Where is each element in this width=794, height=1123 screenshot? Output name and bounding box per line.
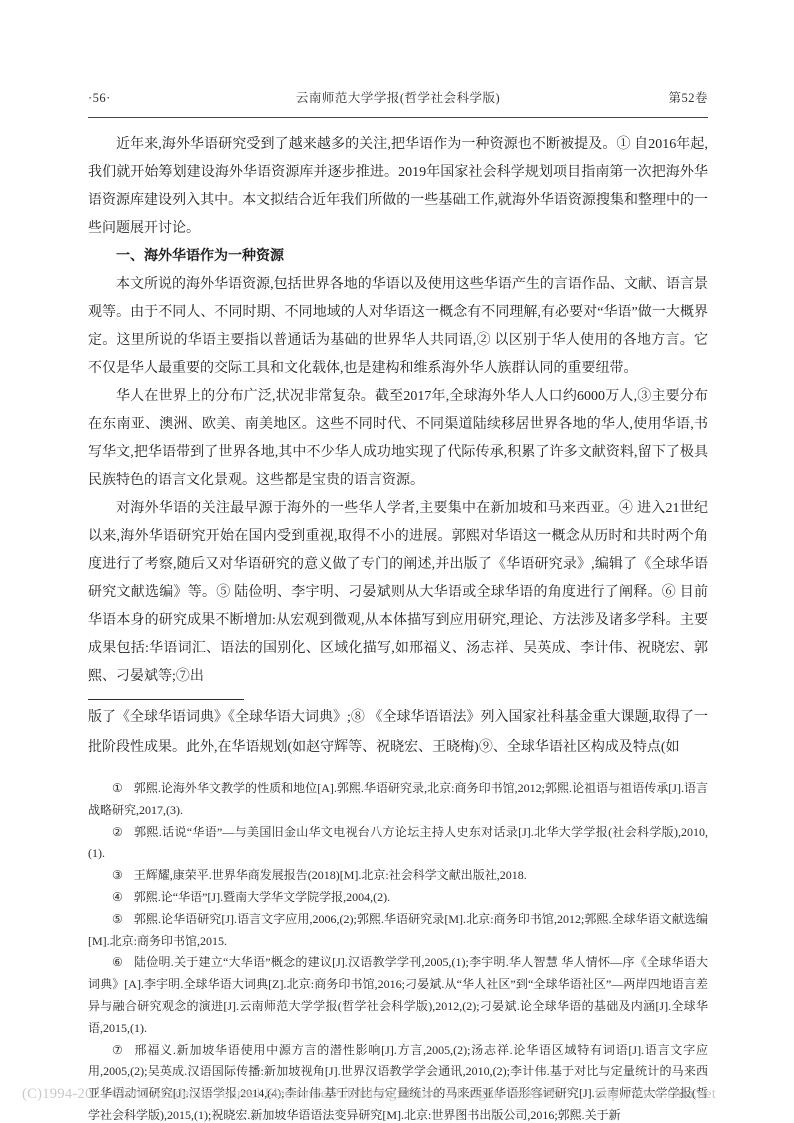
- footnote-item: ②郭熙.话说“华语”—与美国旧金山华文电视台八方论坛主持人史东对话录[J].北华…: [88, 822, 708, 866]
- volume-label: 第52卷: [598, 88, 708, 106]
- footnote-text: 郭熙.论华语研究[J].语言文字应用,2006,(2);郭熙.华语研究录[M].…: [88, 912, 708, 948]
- footnote-text: 王辉耀,康荣平.世界华商发展报告(2018)[M].北京:社会科学文献出版社,2…: [134, 868, 527, 882]
- footnote-number: ⑤: [112, 912, 123, 926]
- watermark-copyright-text: (C)1994-2021 China Academic Journal Elec…: [22, 1086, 563, 1102]
- paragraph-research-continued: 版了《全球华语词典》《全球华语大词典》;⑧ 《全球华语语法》列入国家社科基金重大…: [88, 703, 708, 763]
- running-header: ·56· 云南师范大学学报(哲学社会科学版) 第52卷: [88, 88, 708, 118]
- footnote-text: 邢福义.新加坡华语使用中源方言的潜性影响[J].方言,2005,(2);汤志祥.…: [88, 1043, 708, 1122]
- cnki-watermark: (C)1994-2021 China Academic Journal Elec…: [22, 1086, 716, 1103]
- footnote-number: ③: [112, 868, 123, 882]
- journal-title: 云南师范大学学报(哲学社会科学版): [198, 88, 598, 106]
- footnotes-section: ①郭熙.论海外华文教学的性质和地位[A].郭熙.华语研究录,北京:商务印书馆,2…: [88, 778, 708, 1123]
- footnote-separator-rule: [88, 699, 244, 700]
- footnote-number: ②: [112, 825, 123, 839]
- footnote-item: ④郭熙.论“华语”[J].暨南大学华文学院学报,2004,(2).: [88, 887, 708, 909]
- footnote-item: ⑦邢福义.新加坡华语使用中源方言的潜性影响[J].方言,2005,(2);汤志祥…: [88, 1040, 708, 1123]
- paragraph-resource-definition: 本文所说的海外华语资源,包括世界各地的华语以及使用这些华语产生的言语作品、文献、…: [88, 271, 708, 383]
- footnote-text: 郭熙.话说“华语”—与美国旧金山华文电视台八方论坛主持人史东对话录[J].北华大…: [88, 825, 708, 861]
- section-heading-1: 一、海外华语作为一种资源: [88, 243, 708, 271]
- footnote-item: ①郭熙.论海外华文教学的性质和地位[A].郭熙.华语研究录,北京:商务印书馆,2…: [88, 778, 708, 822]
- footnote-item: ③王辉耀,康荣平.世界华商发展报告(2018)[M].北京:社会科学文献出版社,…: [88, 865, 708, 887]
- footnote-number: ④: [112, 890, 123, 904]
- footnote-number: ①: [112, 781, 123, 795]
- footnote-text: 郭熙.论海外华文教学的性质和地位[A].郭熙.华语研究录,北京:商务印书馆,20…: [88, 781, 708, 817]
- page-number: ·56·: [88, 91, 198, 106]
- journal-page: ·56· 云南师范大学学报(哲学社会科学版) 第52卷 近年来,海外华语研究受到…: [0, 0, 794, 1123]
- footnote-item: ⑥陆俭明.关于建立“大华语”概念的建议[J].汉语教学学刊,2005,(1);李…: [88, 952, 708, 1039]
- footnote-number: ⑦: [112, 1043, 124, 1057]
- paragraph-intro: 近年来,海外华语研究受到了越来越多的关注,把华语作为一种资源也不断被提及。① 自…: [88, 131, 708, 243]
- footnote-text: 陆俭明.关于建立“大华语”概念的建议[J].汉语教学学刊,2005,(1);李宇…: [88, 955, 708, 1034]
- footnote-item: ⑤郭熙.论华语研究[J].语言文字应用,2006,(2);郭熙.华语研究录[M]…: [88, 909, 708, 953]
- paragraph-research-overview: 对海外华语的关注最早源于海外的一些华人学者,主要集中在新加坡和马来西亚。④ 进入…: [88, 495, 708, 691]
- page-content: ·56· 云南师范大学学报(哲学社会科学版) 第52卷 近年来,海外华语研究受到…: [88, 88, 708, 1123]
- watermark-url: http://www.cnki.net: [595, 1086, 716, 1102]
- paragraph-distribution: 华人在世界上的分布广泛,状况非常复杂。截至2017年,全球海外华人人口约6000…: [88, 383, 708, 495]
- article-body: 近年来,海外华语研究受到了越来越多的关注,把华语作为一种资源也不断被提及。① 自…: [88, 131, 708, 763]
- footnote-number: ⑥: [112, 955, 123, 969]
- footnote-text: 郭熙.论“华语”[J].暨南大学华文学院学报,2004,(2).: [134, 890, 390, 904]
